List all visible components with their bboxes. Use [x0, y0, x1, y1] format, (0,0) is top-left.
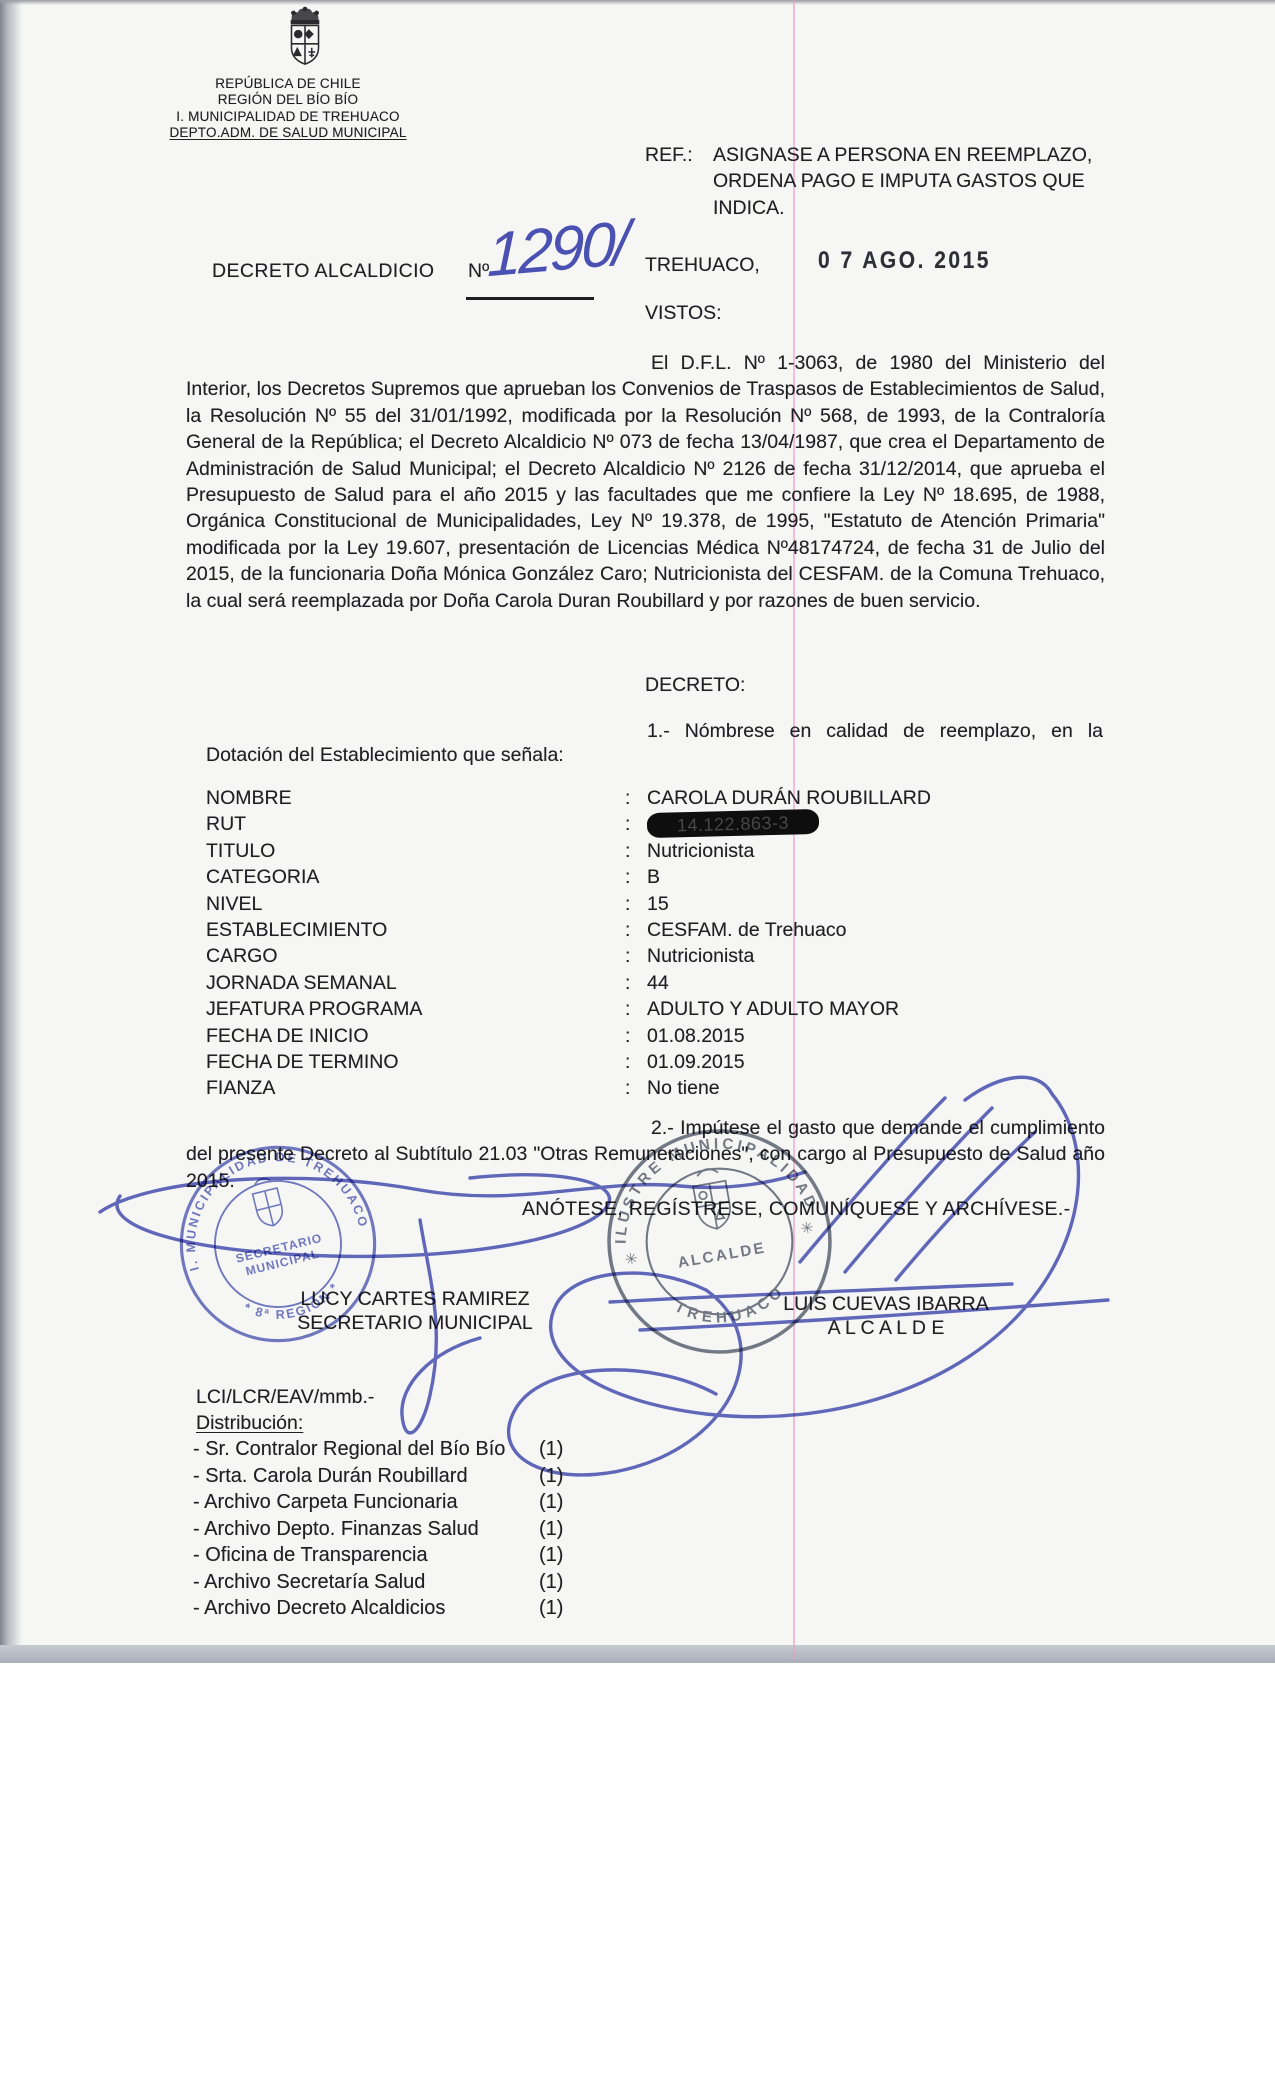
scan-left-edge [0, 0, 22, 1663]
ref-text: ASIGNASE A PERSONA EN REEMPLAZO, ORDENA … [713, 142, 1100, 221]
mayor-title: A L C A L D E [766, 1315, 1006, 1341]
ref-block: REF.: ASIGNASE A PERSONA EN REEMPLAZO, O… [645, 142, 1100, 221]
field-colon: : [625, 838, 647, 864]
field-colon: : [625, 1075, 647, 1101]
field-label: RUT [206, 811, 625, 837]
scan-top-edge [0, 0, 1275, 5]
distribution-label: Distribución: [196, 1410, 303, 1436]
decree-item-2: 2.- Impútese el gasto que demande el cum… [186, 1115, 1105, 1194]
field-label: ESTABLECIMIENTO [206, 917, 625, 943]
distribution-count: (1) [539, 1595, 613, 1622]
distribution-list: - Sr. Contralor Regional del Bío Bío (1)… [193, 1436, 613, 1622]
field-row: FECHA DE TERMINO : 01.09.2015 [206, 1049, 1066, 1075]
ref-label: REF.: [645, 142, 713, 221]
distribution-name: - Oficina de Transparencia [193, 1542, 539, 1569]
letterhead-dept-line: DEPTO.ADM. DE SALUD MUNICIPAL [138, 125, 438, 141]
field-row: JORNADA SEMANAL : 44 [206, 970, 1066, 996]
distribution-row: - Sr. Contralor Regional del Bío Bío (1) [193, 1436, 613, 1463]
field-label: TITULO [206, 838, 625, 864]
distribution-row: - Archivo Decreto Alcaldicios (1) [193, 1595, 613, 1622]
distribution-name: - Archivo Carpeta Funcionaria [193, 1489, 539, 1516]
distribution-count: (1) [539, 1516, 613, 1543]
field-value: CAROLA DURÁN ROUBILLARD [647, 785, 1066, 811]
field-colon: : [625, 1049, 647, 1075]
distribution-name: - Srta. Carola Durán Roubillard [193, 1463, 539, 1490]
field-value: Nutricionista [647, 838, 1066, 864]
decree-item-1: 1.- Nómbrese en calidad de reemplazo, en… [647, 718, 1103, 744]
field-value: 01.09.2015 [647, 1049, 1066, 1075]
distribution-count: (1) [539, 1569, 613, 1596]
field-colon: : [625, 891, 647, 917]
redaction-bar: 14.122.863-3 [647, 809, 820, 838]
field-colon: : [625, 970, 647, 996]
letterhead-line: I. MUNICIPALIDAD DE TREHUACO [138, 109, 438, 125]
handwritten-decree-number: 1290/ [487, 208, 628, 292]
field-row: RUT : 14.122.863-3 [206, 811, 1066, 837]
field-label: CARGO [206, 943, 625, 969]
field-colon: : [625, 785, 647, 811]
decree-title: DECRETO ALCALDICIO [212, 258, 434, 284]
letterhead-line: REGIÓN DEL BÍO BÍO [138, 92, 438, 108]
field-colon: : [625, 811, 647, 837]
field-row: FIANZA : No tiene [206, 1075, 1066, 1101]
field-label: FECHA DE TERMINO [206, 1049, 625, 1075]
distribution-row: - Archivo Secretaría Salud (1) [193, 1569, 613, 1596]
letterhead: REPÚBLICA DE CHILE REGIÓN DEL BÍO BÍO I.… [138, 76, 438, 142]
distribution-name: - Archivo Secretaría Salud [193, 1569, 539, 1596]
field-row: NOMBRE : CAROLA DURÁN ROUBILLARD [206, 785, 1066, 811]
redacted-rut: 14.122.863-3 [677, 812, 790, 835]
distribution-count: (1) [539, 1436, 613, 1463]
date-stamp: 0 7 AGO. 2015 [818, 246, 991, 276]
field-row: CARGO : Nutricionista [206, 943, 1066, 969]
field-row: CATEGORIA : B [206, 864, 1066, 890]
scanned-decree-page: REPÚBLICA DE CHILE REGIÓN DEL BÍO BÍO I.… [0, 0, 1275, 2100]
secretary-title: SECRETARIO MUNICIPAL [280, 1310, 550, 1336]
field-value: 44 [647, 970, 1066, 996]
distribution-count: (1) [539, 1463, 613, 1490]
distribution-name: - Archivo Depto. Finanzas Salud [193, 1516, 539, 1543]
field-value: B [647, 864, 1066, 890]
field-value: ADULTO Y ADULTO MAYOR [647, 996, 1066, 1022]
field-row: NIVEL : 15 [206, 891, 1066, 917]
field-colon: : [625, 943, 647, 969]
distribution-name: - Sr. Contralor Regional del Bío Bío [193, 1436, 539, 1463]
distribution-count: (1) [539, 1489, 613, 1516]
anotese-line: ANÓTESE, REGÍSTRESE, COMUNÍQUESE Y ARCHÍ… [522, 1196, 1070, 1222]
field-value: Nutricionista [647, 943, 1066, 969]
field-label: NOMBRE [206, 785, 625, 811]
municipal-crest-icon [277, 5, 333, 73]
scan-bottom-edge [0, 1645, 1275, 1663]
field-row: ESTABLECIMIENTO : CESFAM. de Trehuaco [206, 917, 1066, 943]
distribution-row: - Oficina de Transparencia (1) [193, 1542, 613, 1569]
city-line: TREHUACO, [645, 252, 760, 278]
field-label: JORNADA SEMANAL [206, 970, 625, 996]
mayor-name: LUIS CUEVAS IBARRA [766, 1291, 1006, 1317]
field-row: TITULO : Nutricionista [206, 838, 1066, 864]
initials-line: LCI/LCR/EAV/mmb.- [196, 1384, 374, 1410]
letterhead-line: REPÚBLICA DE CHILE [138, 76, 438, 92]
field-colon: : [625, 1023, 647, 1049]
field-value: CESFAM. de Trehuaco [647, 917, 1066, 943]
field-row: FECHA DE INICIO : 01.08.2015 [206, 1023, 1066, 1049]
field-row: JEFATURA PROGRAMA : ADULTO Y ADULTO MAYO… [206, 996, 1066, 1022]
decree-number-underline [466, 297, 594, 300]
field-value: 01.08.2015 [647, 1023, 1066, 1049]
vistos-label: VISTOS: [645, 300, 722, 326]
field-colon: : [625, 864, 647, 890]
decreto-label: DECRETO: [645, 672, 745, 698]
field-label: NIVEL [206, 891, 625, 917]
field-value: 15 [647, 891, 1066, 917]
dotacion-line: Dotación del Establecimiento que señala: [206, 742, 564, 768]
field-label: JEFATURA PROGRAMA [206, 996, 625, 1022]
field-value: No tiene [647, 1075, 1066, 1101]
secretary-name: LUCY CARTES RAMIREZ [280, 1286, 550, 1312]
distribution-count: (1) [539, 1542, 613, 1569]
distribution-row: - Archivo Depto. Finanzas Salud (1) [193, 1516, 613, 1543]
vistos-paragraph: El D.F.L. Nº 1-3063, de 1980 del Ministe… [186, 350, 1105, 614]
field-value: 14.122.863-3 [647, 811, 1066, 837]
appointment-fields: NOMBRE : CAROLA DURÁN ROUBILLARD RUT : 1… [206, 785, 1066, 1102]
field-colon: : [625, 996, 647, 1022]
distribution-name: - Archivo Decreto Alcaldicios [193, 1595, 539, 1622]
field-label: FECHA DE INICIO [206, 1023, 625, 1049]
distribution-row: - Srta. Carola Durán Roubillard (1) [193, 1463, 613, 1490]
field-label: CATEGORIA [206, 864, 625, 890]
distribution-row: - Archivo Carpeta Funcionaria (1) [193, 1489, 613, 1516]
field-colon: : [625, 917, 647, 943]
field-label: FIANZA [206, 1075, 625, 1101]
